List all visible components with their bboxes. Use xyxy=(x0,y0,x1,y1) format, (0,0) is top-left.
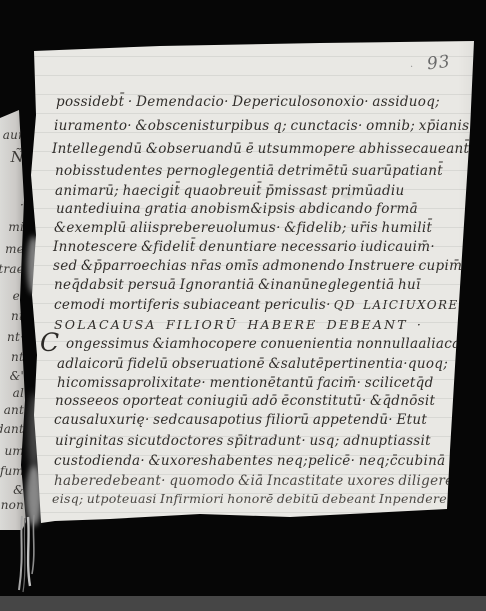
line-rubric-caps: SOLACAUSA FILIORŪ HABERE DEBEANT · xyxy=(54,317,423,332)
binding-threads xyxy=(4,514,50,596)
manuscript-line: haberedebeant· quomodo &iā Incastitate u… xyxy=(54,474,453,489)
folio-mark: · xyxy=(410,62,413,73)
line-text: adlaicorū fidelū obseruationē &salutēper… xyxy=(57,356,448,372)
line-text: &exemplū aliisprebereuolumus· &fidelib; … xyxy=(54,220,432,236)
manuscript-line: nobisstudentes pernoglegentiā detrimētū … xyxy=(55,164,443,179)
line-text: uantediuina gratia anobism&ipsis abdican… xyxy=(56,201,418,217)
manuscript-line: &exemplū aliisprebereuolumus· &fidelib; … xyxy=(54,221,432,236)
line-text: nobisstudentes pernoglegentiā detrimētū … xyxy=(55,163,443,179)
manuscript-line: sed &p̄parroechias nr̄as omīs admonendo … xyxy=(53,259,467,274)
facing-page-fragment: e· xyxy=(13,289,24,303)
manuscript-line: ongessimus &iamhocopere conuenientia non… xyxy=(66,337,484,352)
manuscript-line: possidebt̄ · Demendacio· Depericulosonox… xyxy=(56,95,440,110)
facing-page-fragment: dant xyxy=(0,422,24,436)
manuscript-line: uirginitas sicutdoctores sp̄itradunt· us… xyxy=(55,434,431,449)
line-text: Intellegendū &obseruandū ē utsummopere a… xyxy=(52,141,469,157)
line-text: nosseeos oporteat coniugiū adō ēconstitu… xyxy=(55,393,435,409)
facing-page-fragment: fum xyxy=(0,464,24,478)
photo-bottom-strip xyxy=(0,596,486,611)
ink-smudge xyxy=(341,193,354,199)
manuscript-line: Innotescere &fidelit̄ denuntiare necessa… xyxy=(53,240,435,255)
manuscript-line: adlaicorū fidelū obseruationē &salutēper… xyxy=(57,357,448,372)
manuscript-line: neq̄dabsit persuā Ignorantiā &inanūnegle… xyxy=(54,278,421,293)
ink-speck xyxy=(452,457,460,467)
line-text: ongessimus &iamhocopere conuenientia non… xyxy=(66,336,484,352)
facing-page-fragment: · xyxy=(20,198,24,212)
manuscript-line: cemodi mortiferis subiaceant periculis·Q… xyxy=(54,298,468,313)
line-text: hicomissaprolixitate· mentionētantū faci… xyxy=(57,375,434,391)
photo-backdrop: aur Ñ · mi me trae e· nt nt· nt &' al an… xyxy=(0,0,486,611)
facing-page-fragment: ant xyxy=(4,403,24,417)
manuscript-line: nosseeos oporteat coniugiū adō ēconstitu… xyxy=(55,394,435,409)
facing-page-fragment: nt· xyxy=(7,330,24,344)
threads-drawing xyxy=(4,514,50,596)
facing-page-fragment: um xyxy=(4,444,24,458)
line-text: uirginitas sicutdoctores sp̄itradunt· us… xyxy=(55,433,431,449)
facing-page-fragment: Ñ xyxy=(11,148,24,166)
facing-page-fragment: me xyxy=(5,242,24,256)
manuscript-line: hicomissaprolixitate· mentionētantū faci… xyxy=(57,376,434,391)
manuscript-line: uantediuina gratia anobism&ipsis abdican… xyxy=(56,202,418,217)
facing-page-fragment: mi xyxy=(8,220,24,234)
facing-page-fragment: dinon xyxy=(0,498,24,512)
manuscript-line: causaluxurię· sedcausapotius filiorū app… xyxy=(54,413,427,428)
line-text: custodienda· &uxoreshabentes neq;pelicē·… xyxy=(54,453,445,469)
facing-page-fragment: nt xyxy=(11,309,24,323)
manuscript-line: eisq; utpoteuasi Infirmiori honorē debit… xyxy=(52,491,451,506)
folio-number: 93 xyxy=(426,52,452,75)
line-text: haberedebeant· quomodo &iā Incastitate u… xyxy=(54,473,453,489)
line-rubric-caps: QD LAICIUXORES xyxy=(334,298,468,312)
line-text: causaluxurię· sedcausapotius filiorū app… xyxy=(54,412,427,428)
manuscript-line: custodienda· &uxoreshabentes neq;pelicē·… xyxy=(54,454,445,469)
facing-page-fragment: nt xyxy=(11,350,24,364)
line-text: cemodi mortiferis subiaceant periculis· xyxy=(54,297,331,313)
manuscript-page: · 93 possidebt̄ · Demendacio· Depericulo… xyxy=(0,0,486,611)
manuscript-line: Intellegendū &obseruandū ē utsummopere a… xyxy=(52,142,469,157)
line-text: Innotescere &fidelit̄ denuntiare necessa… xyxy=(53,239,435,255)
facing-page-fragment: trae xyxy=(0,262,24,276)
line-text: eisq; utpoteuasi Infirmiori honorē debit… xyxy=(52,491,451,506)
line-text: sed &p̄parroechias nr̄as omīs admonendo … xyxy=(53,258,467,274)
line-text: possidebt̄ · Demendacio· Depericulosonox… xyxy=(56,94,440,110)
line-text: neq̄dabsit persuā Ignorantiā &inanūnegle… xyxy=(54,277,421,293)
manuscript-rubric-line: SOLACAUSA FILIORŪ HABERE DEBEANT · xyxy=(54,317,423,332)
facing-page-fragment: aur xyxy=(3,128,24,142)
facing-page-fragment: &' xyxy=(10,369,24,383)
line-text: iuramento· &obscenisturpibus q; cunctaci… xyxy=(54,118,469,134)
facing-page-edge: aur Ñ · mi me trae e· nt nt· nt &' al an… xyxy=(0,110,26,530)
facing-page-fragment: & xyxy=(13,483,24,497)
initial-letter: C xyxy=(40,330,59,355)
manuscript-line: iuramento· &obscenisturpibus q; cunctaci… xyxy=(54,119,469,134)
facing-page-fragment: al xyxy=(13,386,24,400)
